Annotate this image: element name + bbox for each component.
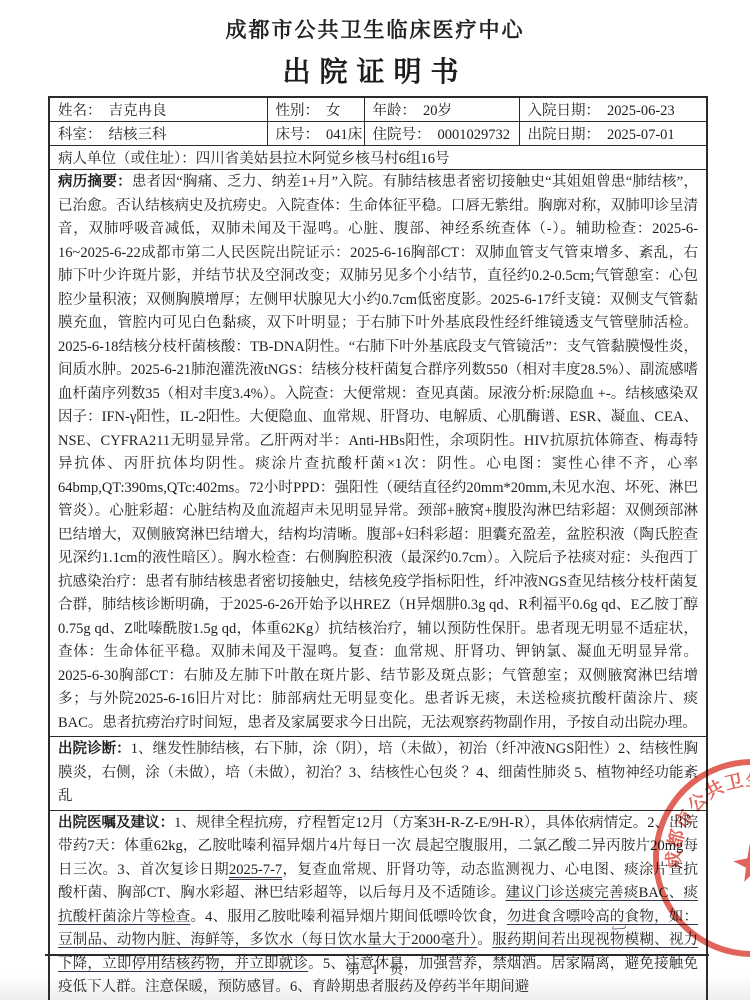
certificate-table: 姓名：吉克冉良 性别：女 年龄：20岁 入院日期：2025-06-23 科室：结… — [48, 96, 708, 1000]
medical-summary-label: 病历摘要： — [58, 174, 132, 190]
admit-date-label: 入院日期： — [528, 103, 601, 119]
field-bed: 床号：041床 — [267, 122, 364, 146]
bed-label: 床号： — [276, 127, 320, 143]
field-hospital-number: 住院号：0001029732 — [364, 122, 519, 146]
field-admit-date: 入院日期：2025-06-23 — [519, 97, 707, 122]
discharge-advice-label: 出院医嘱及建议： — [58, 815, 174, 831]
hospital-number-label: 住院号： — [373, 127, 431, 143]
address-value: 四川省美姑县拉木阿觉乡核马村6组16号 — [196, 151, 450, 167]
handwritten-triangle-mark — [612, 918, 629, 933]
department-value: 结核三科 — [109, 127, 167, 143]
medical-summary-cell: 病历摘要：患者因“胸痛、乏力、纳差1+月”入院。有肺结核患者密切接触史“其姐姐曾… — [49, 170, 707, 737]
footer-divider — [45, 954, 709, 956]
discharge-diagnosis-text: 1、继发性肺结核，右下肺，涂（阴），培（未做），初治（纤冲液NGS阳性）2、结核… — [58, 741, 698, 804]
discharge-diagnosis-row: 出院诊断：1、继发性肺结核，右下肺，涂（阴），培（未做），初治（纤冲液NGS阳性… — [49, 737, 707, 811]
discharge-date-label: 出院日期： — [528, 127, 601, 143]
document-title: 出院证明书 — [0, 50, 750, 90]
discharge-certificate-page: 成都市公共卫生临床医疗中心 出院证明书 姓名：吉克冉良 性别：女 年龄：20岁 … — [0, 0, 750, 1000]
admit-date-value: 2025-06-23 — [607, 103, 675, 119]
name-value: 吉克冉良 — [109, 103, 167, 119]
field-discharge-date: 出院日期：2025-07-01 — [519, 122, 707, 146]
gender-label: 性别： — [276, 103, 320, 119]
hospital-number-value: 0001029732 — [438, 127, 511, 143]
patient-info-row-1: 姓名：吉克冉良 性别：女 年龄：20岁 入院日期：2025-06-23 — [49, 97, 707, 122]
field-address: 病人单位（或住址）：四川省美姑县拉木阿觉乡核马村6组16号 — [49, 146, 707, 170]
gender-value: 女 — [326, 103, 341, 119]
discharge-date-value: 2025-07-01 — [607, 127, 675, 143]
seal-star-icon — [731, 841, 750, 883]
patient-info-row-2: 科室：结核三科 床号：041床 住院号：0001029732 出院日期：2025… — [49, 122, 707, 146]
bed-value: 041床 — [326, 127, 362, 143]
age-label: 年龄： — [373, 103, 417, 119]
field-department: 科室：结核三科 — [49, 122, 267, 146]
field-gender: 性别：女 — [267, 97, 364, 122]
hospital-name: 成都市公共卫生临床医疗中心 — [0, 14, 750, 44]
patient-address-row: 病人单位（或住址）：四川省美姑县拉木阿觉乡核马村6组16号 — [49, 146, 707, 170]
discharge-diagnosis-label: 出院诊断： — [58, 741, 131, 757]
address-label: 病人单位（或住址）： — [58, 151, 196, 167]
field-name: 姓名：吉克冉良 — [49, 97, 267, 122]
age-value: 20岁 — [423, 103, 452, 119]
medical-summary-text: 患者因“胸痛、乏力、纳差1+月”入院。有肺结核患者密切接触史“其姐姐曾患“肺结核… — [58, 174, 698, 731]
field-age: 年龄：20岁 — [364, 97, 519, 122]
discharge-diagnosis-cell: 出院诊断：1、继发性肺结核，右下肺，涂（阴），培（未做），初治（纤冲液NGS阳性… — [49, 737, 707, 811]
department-label: 科室： — [58, 127, 102, 143]
name-label: 姓名： — [58, 103, 102, 119]
medical-summary-row: 病历摘要：患者因“胸痛、乏力、纳差1+月”入院。有肺结核患者密切接触史“其姐姐曾… — [49, 170, 707, 737]
page-number: 第 1 页 — [48, 958, 706, 978]
